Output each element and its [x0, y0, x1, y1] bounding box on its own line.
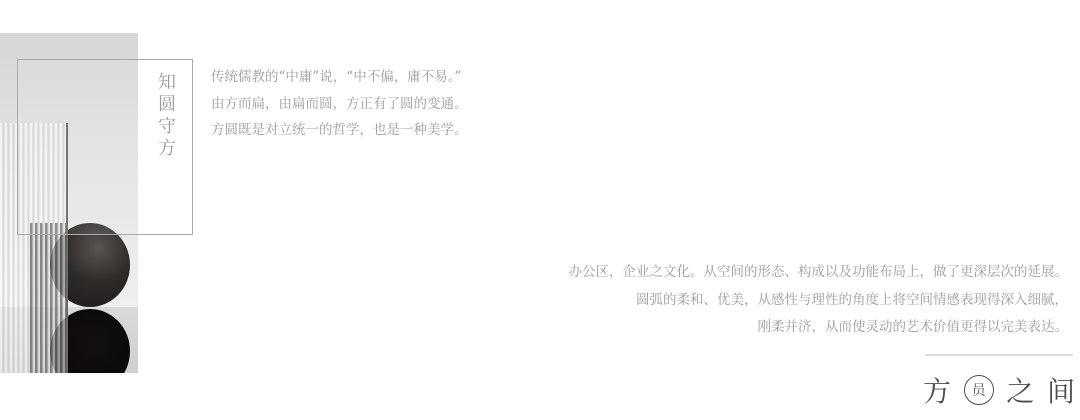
vertical-title: 知圆守方 — [156, 72, 178, 160]
culture-line: 办公区，企业之文化。从空间的形态、构成以及功能布局上，做了更深层次的延展。 — [569, 259, 1069, 287]
intro-line: 传统儒教的“中庸”说，“中不偏，庸不易。” — [211, 64, 468, 91]
brand-logo: 方 员 之 间 — [923, 370, 1075, 410]
ribbed-glass-shadow — [30, 223, 66, 373]
intro-line: 由方而扁，由扁而圆，方正有了圆的变通。 — [211, 91, 468, 118]
logo-char: 方 — [923, 370, 951, 410]
culture-line: 刚柔并济，从而使灵动的艺术价值更得以完美表达。 — [569, 314, 1069, 342]
logo-circle-char: 员 — [964, 375, 994, 405]
logo-char: 间 — [1047, 370, 1075, 410]
divider-rule — [925, 354, 1073, 356]
culture-line: 圆弧的柔和、优美，从感性与理性的角度上将空间情感表现得深入细腻， — [569, 287, 1069, 315]
logo-char: 员 — [972, 380, 986, 400]
intro-line: 方圆既是对立统一的哲学，也是一种美学。 — [211, 117, 468, 144]
intro-paragraph: 传统儒教的“中庸”说，“中不偏，庸不易。” 由方而扁，由扁而圆，方正有了圆的变通… — [211, 64, 468, 144]
culture-paragraph: 办公区，企业之文化。从空间的形态、构成以及功能布局上，做了更深层次的延展。 圆弧… — [569, 259, 1069, 342]
logo-char: 之 — [1006, 370, 1034, 410]
